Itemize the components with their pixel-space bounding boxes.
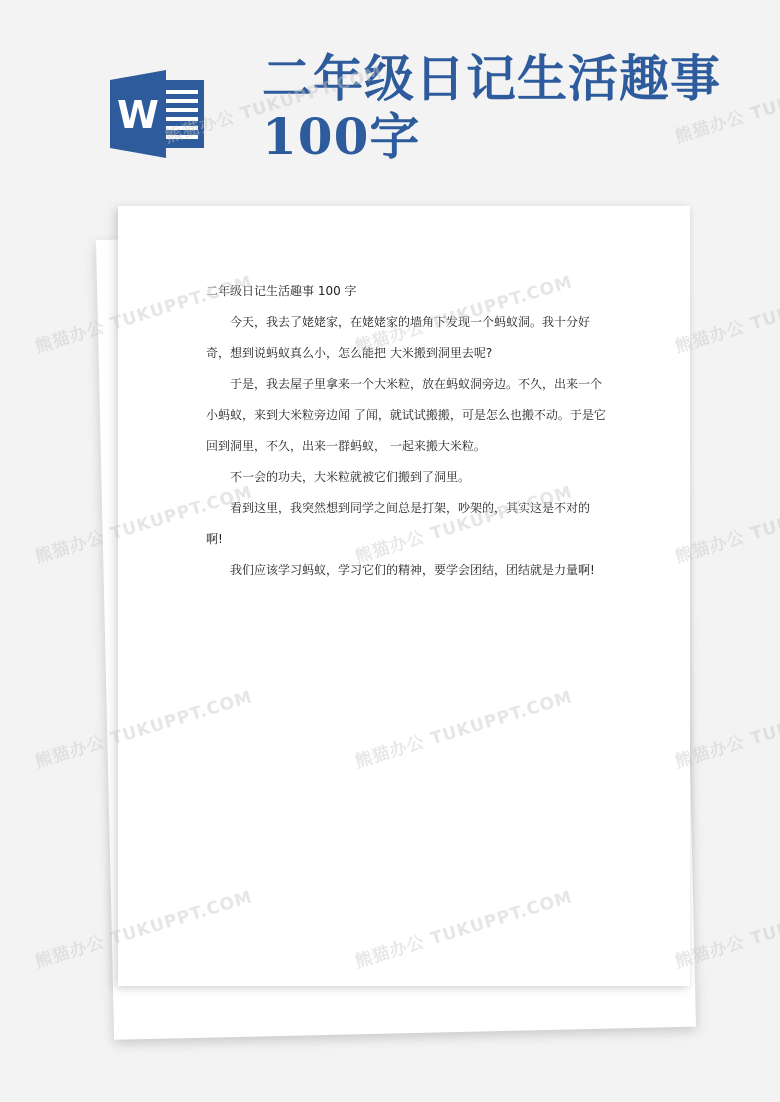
header-banner: W 二年级日记生活趣事100字 bbox=[0, 0, 780, 200]
document-content: 二年级日记生活趣事 100 字 今天，我去了姥姥家，在姥姥家的墙角下发现一个蚂蚁… bbox=[206, 276, 606, 586]
document-page: 二年级日记生活趣事 100 字 今天，我去了姥姥家，在姥姥家的墙角下发现一个蚂蚁… bbox=[118, 206, 690, 986]
paragraph: 我们应该学习蚂蚁，学习它们的精神，要学会团结，团结就是力量啊! bbox=[206, 555, 606, 586]
paragraph: 今天，我去了姥姥家，在姥姥家的墙角下发现一个蚂蚁洞。我十分好奇，想到说蚂蚁真么小… bbox=[206, 307, 606, 369]
document-title: 二年级日记生活趣事100字 bbox=[262, 50, 732, 166]
word-document-icon: W bbox=[108, 66, 208, 162]
svg-text:W: W bbox=[117, 93, 159, 137]
paragraph: 于是，我去屋子里拿来一个大米粒，放在蚂蚁洞旁边。不久，出来一个小蚂蚁，来到大米粒… bbox=[206, 369, 606, 462]
paragraph: 不一会的功夫，大米粒就被它们搬到了洞里。 bbox=[206, 462, 606, 493]
document-heading: 二年级日记生活趣事 100 字 bbox=[206, 276, 606, 307]
paragraph: 看到这里，我突然想到同学之间总是打架，吵架的，其实这是不对的啊! bbox=[206, 493, 606, 555]
